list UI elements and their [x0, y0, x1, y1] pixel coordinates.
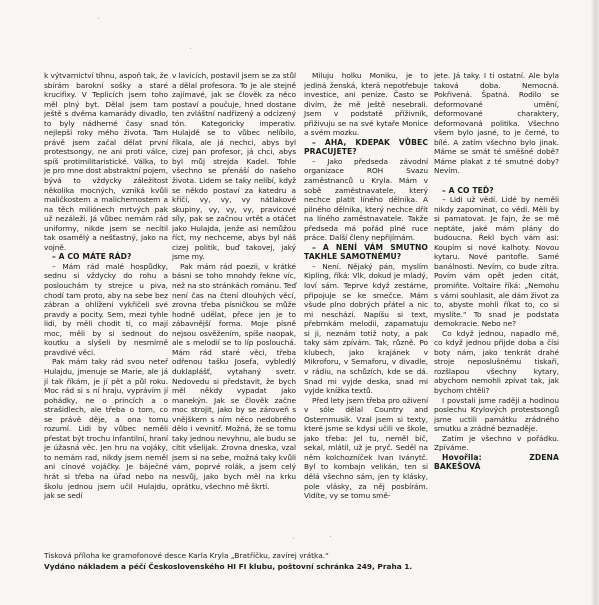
spacer — [434, 176, 559, 186]
article-column-1: k výtvarnictví tíhnu, aspoň tak, že sbír… — [44, 71, 168, 501]
paragraph: Miluju holku Moniku, je to jediná ženská… — [304, 71, 428, 138]
article-column-2: v lavicích, postavil jsem se za stůl a d… — [172, 71, 296, 491]
footer-line-supplement: Tisková příloha ke gramofonové desce Kar… — [44, 551, 464, 562]
article-column-4: jete. Já taky. I ti ostatní. Ale byla ta… — [434, 71, 559, 472]
paragraph: Pak mám taky rád svou neteř Hulajdu, jme… — [44, 357, 168, 500]
paragraph: – Není. Nějaký pán, myslím Kipling, říká… — [304, 262, 428, 396]
article-column-3: Miluju holku Moniku, je to jediná ženská… — [304, 71, 428, 501]
document-page: { "article": { "columns": [ { "blocks": … — [0, 0, 599, 605]
interviewer-signature: Hovořila: ZDENA BAKEŠOVÁ — [434, 453, 559, 472]
paragraph: Před lety jsem třeba pro oživení v sóle … — [304, 396, 428, 501]
paragraph: Co když jednou, napadlo mě, co když jedn… — [434, 329, 559, 396]
paragraph: Pak mám rád poezii, v krátké básni se to… — [172, 262, 296, 491]
page-edge-shadow — [591, 0, 599, 605]
paper-speck — [293, 538, 294, 539]
paper-speck — [98, 18, 99, 19]
paragraph: – Jako předseda závodní organizace ROH S… — [304, 157, 428, 243]
paragraph: – Mám rád malé hospůdky, sednu si vždyck… — [44, 262, 168, 357]
paragraph: – Lidi už vědí. Lidé by neměli nikdy zap… — [434, 195, 559, 329]
paragraph: I povstali jsme raději a hodinou poslech… — [434, 396, 559, 434]
paragraph: jete. Já taky. I ti ostatní. Ale byla ta… — [434, 71, 559, 176]
paragraph: v lavicích, postavil jsem se za stůl a d… — [172, 71, 296, 262]
paper-speck — [190, 48, 191, 49]
footer-line-publisher: Vydáno nákladem a péčí Československého … — [44, 562, 464, 573]
interview-question: – A CO TEĎ? — [434, 186, 559, 196]
interview-question: – A CO MÁTE RÁD? — [44, 252, 168, 262]
paper-speck — [330, 536, 331, 537]
publication-footer: Tisková příloha ke gramofonové desce Kar… — [44, 551, 464, 572]
interview-question: – A NENÍ VÁM SMUTNO TAKHLE SAMOTNÉMU? — [304, 243, 428, 262]
paragraph: Zatím je všechno v pořádku. Zpíváme. — [434, 434, 559, 453]
paragraph: k výtvarnictví tíhnu, aspoň tak, že sbír… — [44, 71, 168, 252]
paper-speck — [470, 440, 471, 441]
interview-question: – AHA, KDEPAK VŮBEC PRACUJETE? — [304, 138, 428, 157]
